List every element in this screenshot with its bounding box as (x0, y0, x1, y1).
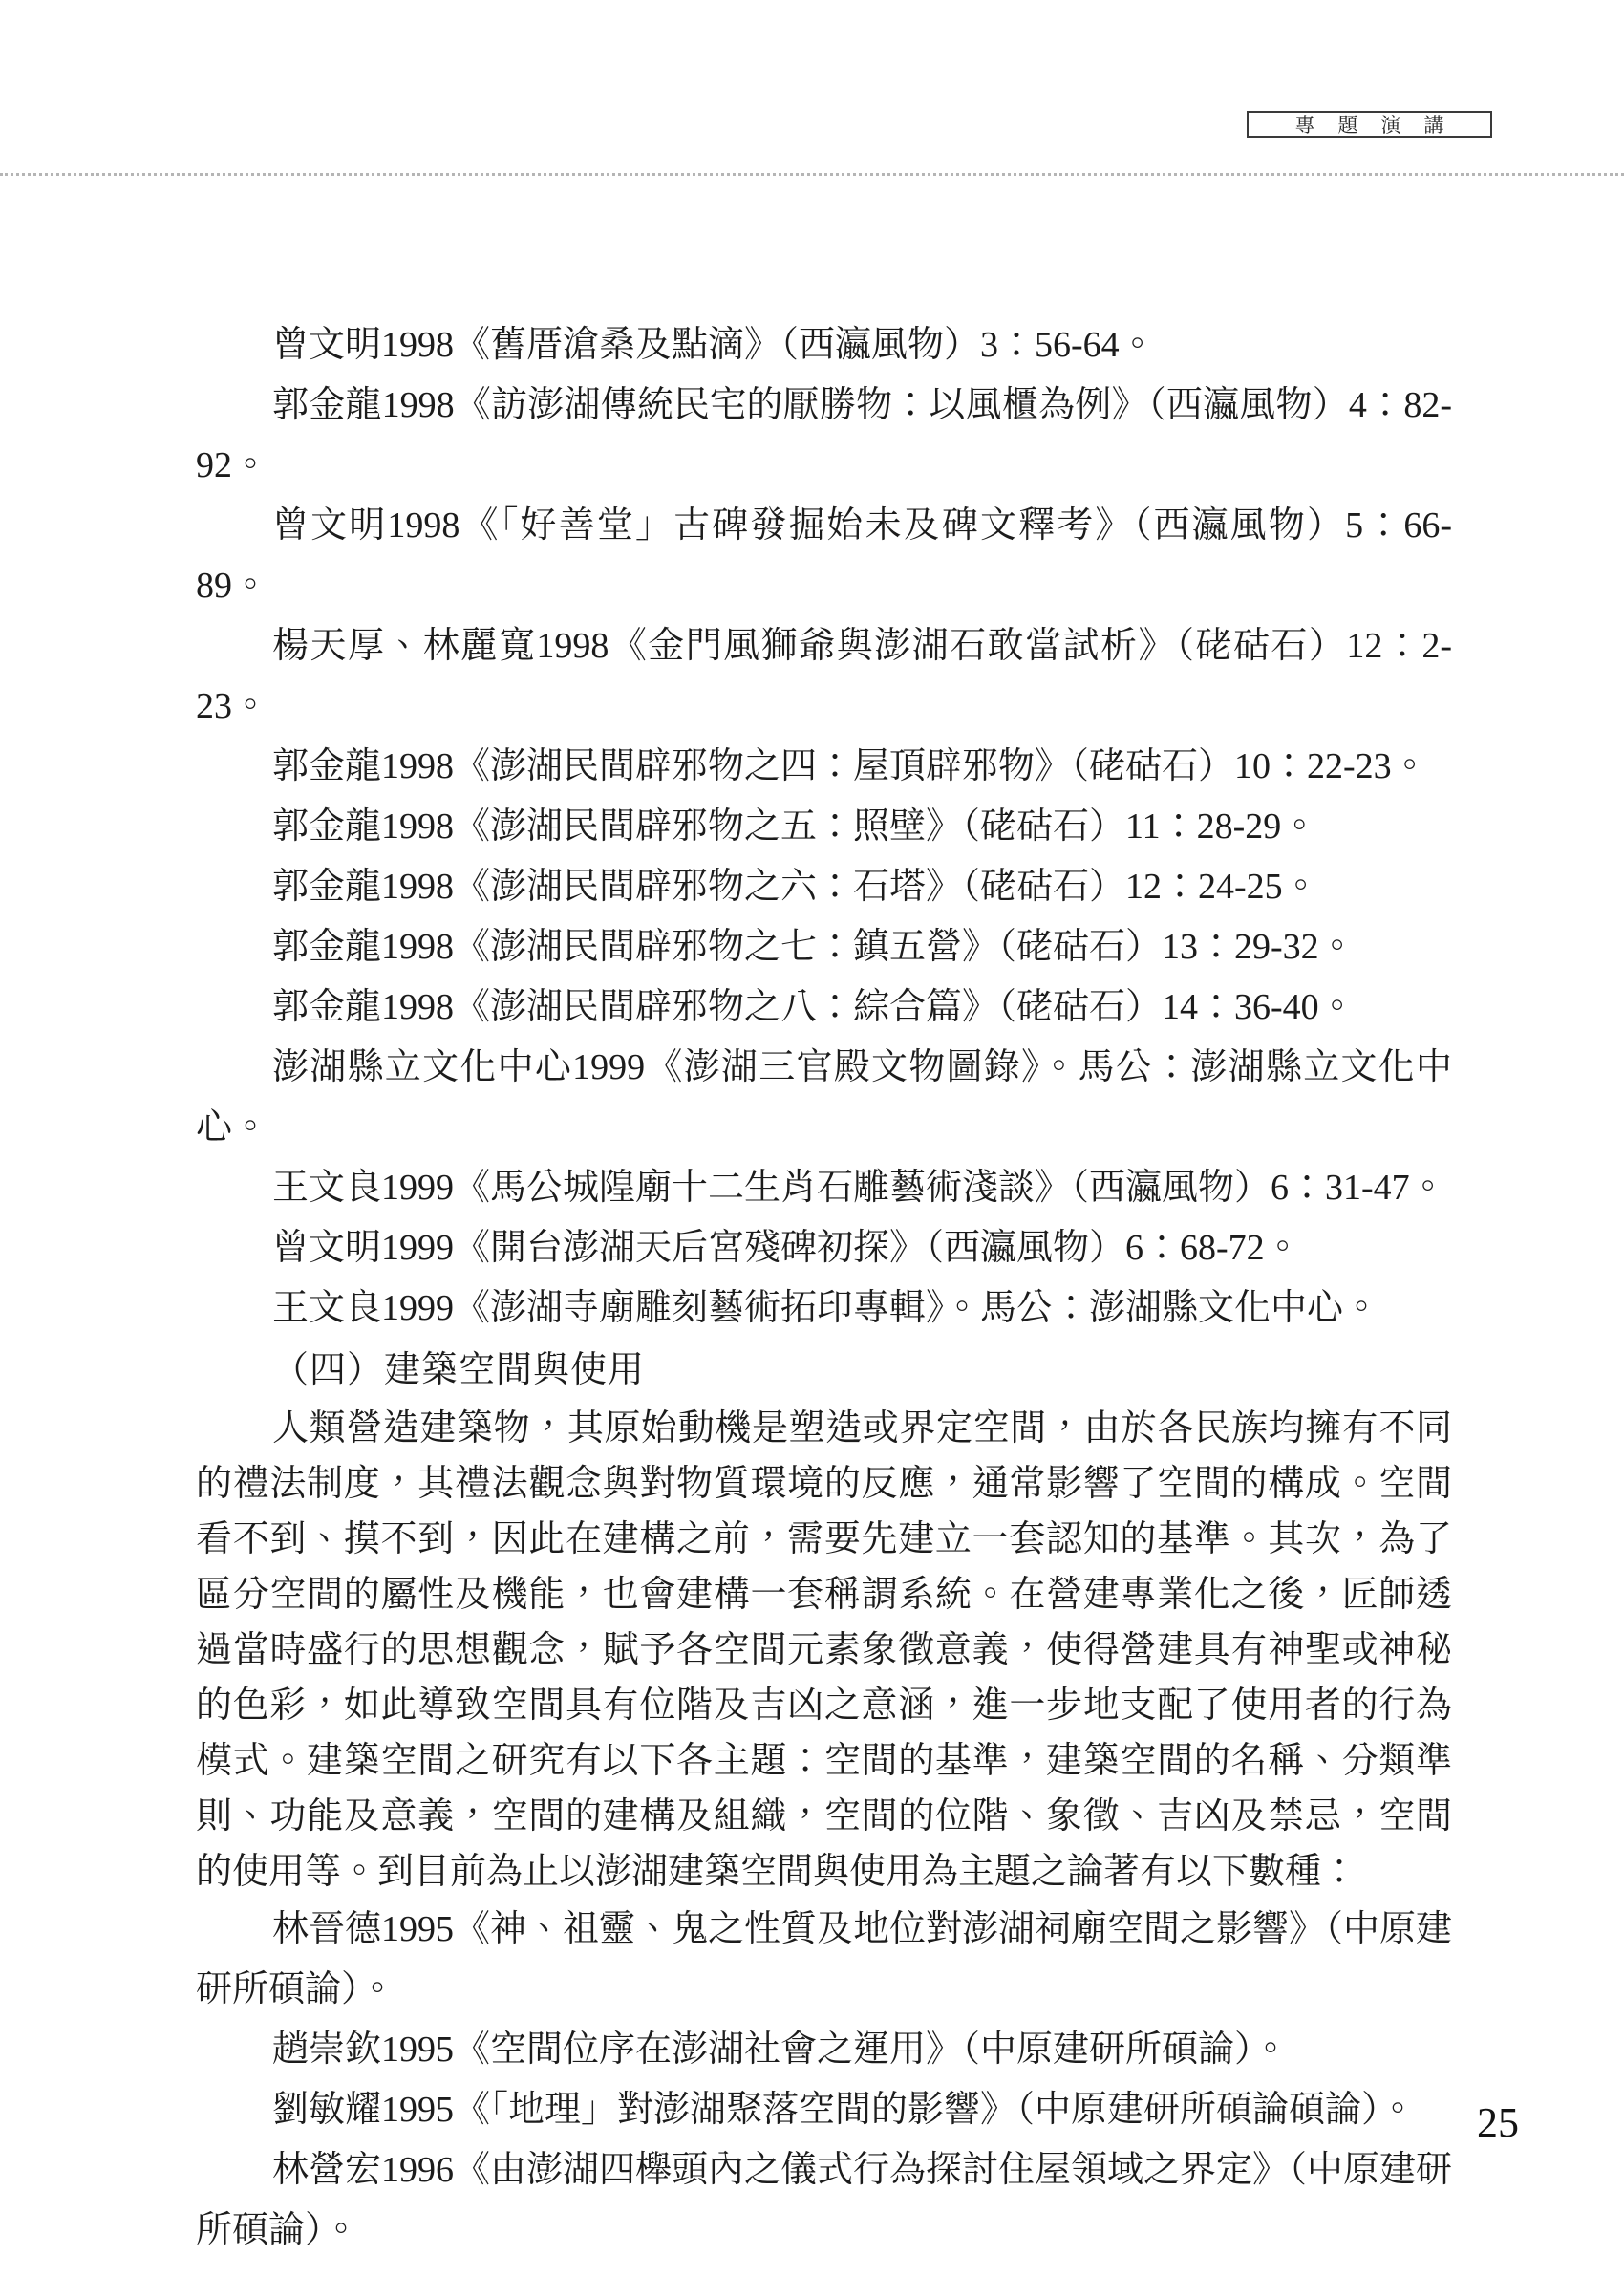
section-heading: （四）建築空間與使用 (196, 1341, 1452, 1401)
bibliography-entry: 林晉德1995《神、祖靈、鬼之性質及地位對澎湖祠廟空間之影響》（中原建研所碩論）… (196, 1900, 1452, 2020)
bibliography-entry: 郭金龍1998《訪澎湖傳統民宅的厭勝物：以風櫃為例》（西瀛風物）4：82-92。 (196, 376, 1452, 496)
bibliography-entry: 王文良1999《澎湖寺廟雕刻藝術拓印專輯》。馬公：澎湖縣文化中心。 (196, 1278, 1452, 1339)
bibliography-entry: 郭金龍1998《澎湖民間辟邪物之八：綜合篇》（硓𥑮石）14：36-40。 (196, 977, 1452, 1038)
bibliography-entry: 曾文明1999《開台澎湖天后宮殘碑初探》（西瀛風物）6：68-72。 (196, 1218, 1452, 1278)
bibliography-entry: 澎湖縣立文化中心1999《澎湖三官殿文物圖錄》。馬公：澎湖縣立文化中心。 (196, 1038, 1452, 1158)
bibliography-entry: 曾文明1998《「好善堂」古碑發掘始未及碑文釋考》（西瀛風物）5：66-89。 (196, 496, 1452, 616)
main-content: 曾文明1998《舊厝滄桑及點滴》（西瀛風物）3：56-64。 郭金龍1998《訪… (196, 315, 1452, 2261)
bibliography-entry: 郭金龍1998《澎湖民間辟邪物之六：石塔》（硓𥑮石）12：24-25。 (196, 857, 1452, 917)
bibliography-entry: 曾文明1998《舊厝滄桑及點滴》（西瀛風物）3：56-64。 (196, 315, 1452, 376)
section-paragraph: 人類營造建築物，其原始動機是塑造或界定空間，由於各民族均擁有不同的禮法制度，其禮… (196, 1401, 1452, 1900)
header-tab: 專題演講 (1247, 111, 1492, 138)
document-page: { "page": { "header_label": "專題演講", "pag… (0, 0, 1624, 2277)
bibliography-entry: 劉敏耀1995《「地理」對澎湖聚落空間的影響》（中原建研所碩論碩論）。 (196, 2080, 1452, 2140)
bibliography-entry: 林營宏1996《由澎湖四櫸頭內之儀式行為探討住屋領域之界定》（中原建研所碩論）。 (196, 2140, 1452, 2261)
page-number: 25 (1460, 2098, 1536, 2147)
bibliography-entry: 郭金龍1998《澎湖民間辟邪物之五：照壁》（硓𥑮石）11：28-29。 (196, 797, 1452, 857)
bibliography-entry: 王文良1999《馬公城隍廟十二生肖石雕藝術淺談》（西瀛風物）6：31-47。 (196, 1158, 1452, 1218)
header-tab-label: 專題演講 (1272, 110, 1467, 139)
bibliography-entry: 趙崇欽1995《空間位序在澎湖社會之運用》（中原建研所碩論）。 (196, 2020, 1452, 2080)
bibliography-list-2: 林晉德1995《神、祖靈、鬼之性質及地位對澎湖祠廟空間之影響》（中原建研所碩論）… (196, 1900, 1452, 2261)
bibliography-list-1: 曾文明1998《舊厝滄桑及點滴》（西瀛風物）3：56-64。 郭金龍1998《訪… (196, 315, 1452, 1339)
header-divider (0, 173, 1624, 176)
bibliography-entry: 郭金龍1998《澎湖民間辟邪物之七：鎮五營》（硓𥑮石）13：29-32。 (196, 917, 1452, 977)
bibliography-entry: 楊天厚、林麗寬1998《金門風獅爺與澎湖石敢當試析》（硓𥑮石）12：2-23。 (196, 616, 1452, 737)
bibliography-entry: 郭金龍1998《澎湖民間辟邪物之四：屋頂辟邪物》（硓𥑮石）10：22-23。 (196, 737, 1452, 797)
